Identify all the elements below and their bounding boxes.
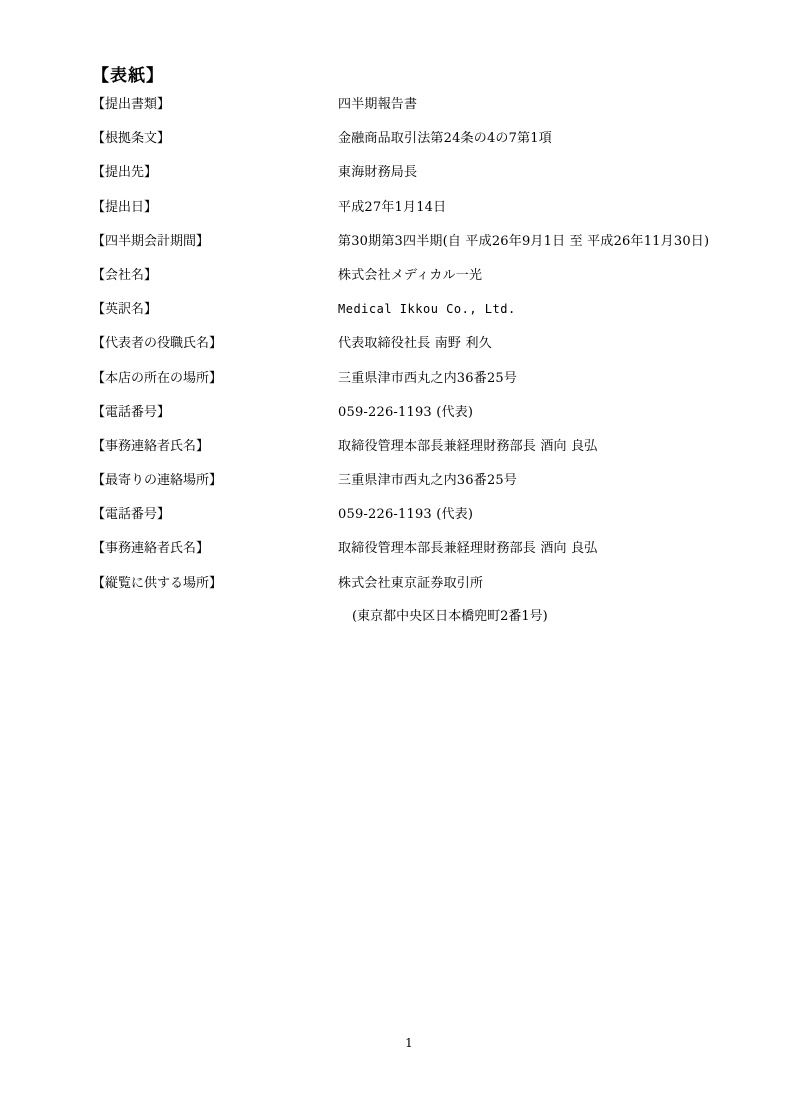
field-label: 【電話番号】 <box>92 507 338 522</box>
field-label: 【会社名】 <box>92 268 338 283</box>
field-row: 【提出先】 東海財務局長 <box>92 165 760 199</box>
field-value: 代表取締役社長 南野 利久 <box>338 336 760 351</box>
page-number: 1 <box>0 1036 790 1050</box>
field-row: 【提出日】 平成27年1月14日 <box>92 200 760 234</box>
field-row: 【電話番号】 059-226-1193 (代表) <box>92 405 760 439</box>
cover-fields-table: 【提出書類】 四半期報告書 【根拠条文】 金融商品取引法第24条の4の7第1項 … <box>92 97 760 610</box>
field-label: 【縦覧に供する場所】 <box>92 576 338 591</box>
field-value: 三重県津市西丸之内36番25号 <box>338 473 760 488</box>
field-value: 059-226-1193 (代表) <box>338 405 760 420</box>
page-title: 【表紙】 <box>92 61 164 86</box>
field-row: 【最寄りの連絡場所】 三重県津市西丸之内36番25号 <box>92 473 760 507</box>
field-row: 【事務連絡者氏名】 取締役管理本部長兼経理財務部長 酒向 良弘 <box>92 541 760 575</box>
field-row: 【四半期会計期間】 第30期第3四半期(自 平成26年9月1日 至 平成26年1… <box>92 234 760 268</box>
field-label: 【事務連絡者氏名】 <box>92 541 338 556</box>
field-label: 【本店の所在の場所】 <box>92 371 338 386</box>
field-label: 【四半期会計期間】 <box>92 234 338 249</box>
field-label: 【事務連絡者氏名】 <box>92 439 338 454</box>
field-label: 【提出日】 <box>92 200 338 215</box>
field-value: 株式会社メディカル一光 <box>338 268 760 283</box>
field-value: 取締役管理本部長兼経理財務部長 酒向 良弘 <box>338 541 760 556</box>
field-value: 株式会社東京証券取引所 <box>338 576 760 591</box>
field-label: 【提出書類】 <box>92 97 338 112</box>
field-row: 【縦覧に供する場所】 株式会社東京証券取引所 <box>92 576 760 610</box>
field-label: 【根拠条文】 <box>92 131 338 146</box>
field-label: 【提出先】 <box>92 165 338 180</box>
field-row: 【電話番号】 059-226-1193 (代表) <box>92 507 760 541</box>
field-label: 【英訳名】 <box>92 302 338 317</box>
field-row: 【英訳名】 Medical Ikkou Co., Ltd. <box>92 302 760 336</box>
field-value: 四半期報告書 <box>338 97 760 112</box>
field-label: 【最寄りの連絡場所】 <box>92 473 338 488</box>
field-value: Medical Ikkou Co., Ltd. <box>338 302 760 317</box>
field-label: 【電話番号】 <box>92 405 338 420</box>
field-value: 第30期第3四半期(自 平成26年9月1日 至 平成26年11月30日) <box>338 234 760 249</box>
field-value: 取締役管理本部長兼経理財務部長 酒向 良弘 <box>338 439 760 454</box>
field-row: 【本店の所在の場所】 三重県津市西丸之内36番25号 <box>92 371 760 405</box>
field-row: 【会社名】 株式会社メディカル一光 <box>92 268 760 302</box>
field-value: 金融商品取引法第24条の4の7第1項 <box>338 131 760 146</box>
field-row: 【提出書類】 四半期報告書 <box>92 97 760 131</box>
field-row: 【根拠条文】 金融商品取引法第24条の4の7第1項 <box>92 131 760 165</box>
field-value: 三重県津市西丸之内36番25号 <box>338 371 760 386</box>
field-label: 【代表者の役職氏名】 <box>92 336 338 351</box>
field-value: 東海財務局長 <box>338 165 760 180</box>
field-row: 【事務連絡者氏名】 取締役管理本部長兼経理財務部長 酒向 良弘 <box>92 439 760 473</box>
field-value: 059-226-1193 (代表) <box>338 507 760 522</box>
inspection-place-address: (東京都中央区日本橋兜町2番1号) <box>352 609 548 624</box>
field-value: 平成27年1月14日 <box>338 200 760 215</box>
field-row: 【代表者の役職氏名】 代表取締役社長 南野 利久 <box>92 336 760 370</box>
